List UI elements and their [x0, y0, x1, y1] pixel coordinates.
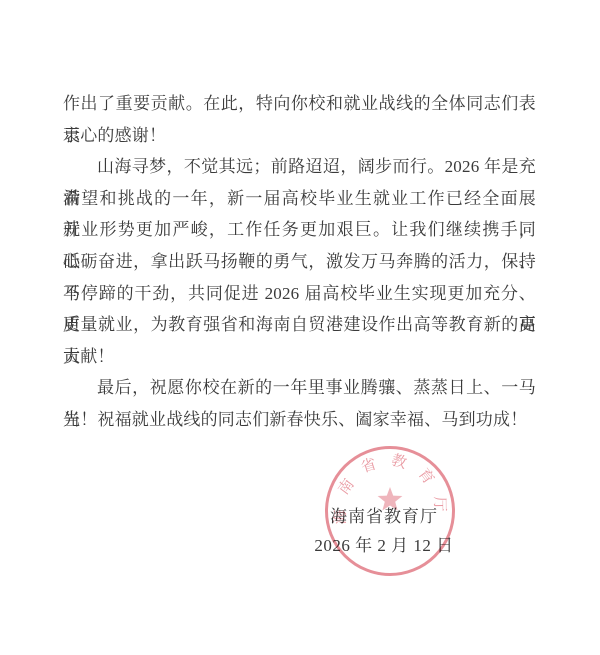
document-line: 不停蹄的干劲，共同促进 2026 届高校毕业生实现更加充分、更高 — [63, 278, 536, 310]
document-body: 作出了重要贡献。在此，特向你校和就业战线的全体同志们表示衷心的感谢！山海寻梦，不… — [63, 88, 536, 436]
seal-graphic: 海南省教育厅 — [328, 449, 452, 573]
official-seal: 海南省教育厅 — [325, 446, 455, 576]
document-page: 作出了重要贡献。在此，特向你校和就业战线的全体同志们表示衷心的感谢！山海寻梦，不… — [0, 0, 600, 655]
document-line: 质量就业，为教育强省和海南自贸港建设作出高等教育新的更大 — [63, 309, 536, 341]
document-line: 砥砺奋进，拿出跃马扬鞭的勇气，激发万马奔腾的活力，保持马 — [63, 246, 536, 278]
document-line: 贡献！ — [63, 341, 536, 373]
document-line: 山海寻梦，不觉其远；前路迢迢，阔步而行。2026 年是充满 — [63, 151, 536, 183]
document-line: 衷心的感谢！ — [63, 120, 536, 152]
document-line: 希望和挑战的一年，新一届高校毕业生就业工作已经全面展开， — [63, 183, 536, 215]
document-line: 就业形势更加严峻，工作任务更加艰巨。让我们继续携手同心、 — [63, 214, 536, 246]
document-line: 先！祝福就业战线的同志们新春快乐、阖家幸福、马到功成！ — [63, 404, 536, 436]
document-line: 作出了重要贡献。在此，特向你校和就业战线的全体同志们表示 — [63, 88, 536, 120]
document-line: 最后，祝愿你校在新的一年里事业腾骧、蒸蒸日上、一马当 — [63, 372, 536, 404]
star-icon — [378, 487, 403, 511]
